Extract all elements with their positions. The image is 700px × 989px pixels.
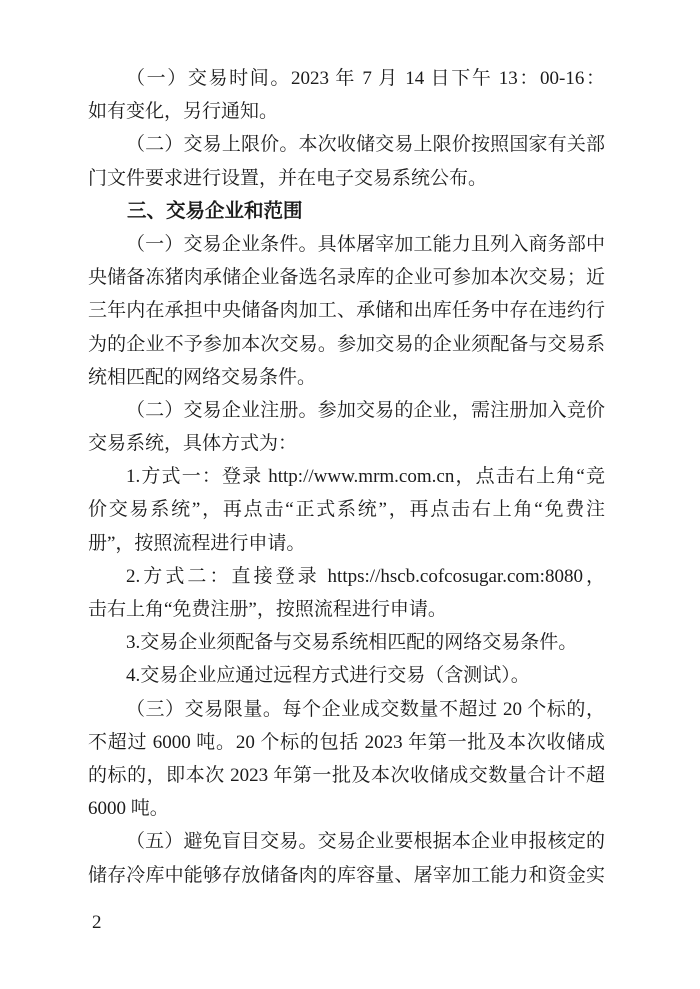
section-heading: 三、交易企业和范围: [88, 195, 605, 228]
paragraph-line: 统相匹配的网络交易条件。: [88, 361, 605, 394]
paragraph-line: （一）交易企业条件。具体屠宰加工能力且列入商务部中: [88, 228, 605, 261]
paragraph-line: （二）交易企业注册。参加交易的企业，需注册加入竞价: [88, 394, 605, 427]
paragraph-line: 击右上角“免费注册”，按照流程进行申请。: [88, 593, 605, 626]
paragraph-line: 门文件要求进行设置，并在电子交易系统公布。: [88, 162, 605, 195]
paragraph-line: 2.方式二：直接登录 https://hscb.cofcosugar.com:8…: [88, 560, 605, 593]
paragraph-line: （五）避免盲目交易。交易企业要根据本企业申报核定的: [88, 825, 605, 858]
paragraph-line: 3.交易企业须配备与交易系统相匹配的网络交易条件。: [88, 626, 605, 659]
document-text-block: （一）交易时间。2023 年 7 月 14 日下午 13：00-16：00。如有…: [88, 62, 605, 892]
paragraph-line: （一）交易时间。2023 年 7 月 14 日下午 13：00-16：00。: [88, 62, 605, 95]
paragraph-line: 如有变化，另行通知。: [88, 95, 605, 128]
paragraph-line: 储存冷库中能够存放储备肉的库容量、屠宰加工能力和资金实: [88, 859, 605, 892]
paragraph-line: 央储备冻猪肉承储企业备选名录库的企业可参加本次交易；近: [88, 261, 605, 294]
paragraph-line: 为的企业不予参加本次交易。参加交易的企业须配备与交易系: [88, 328, 605, 361]
paragraph-line: 册”，按照流程进行申请。: [88, 527, 605, 560]
paragraph-line: （三）交易限量。每个企业成交数量不超过 20 个标的，即: [88, 693, 605, 726]
paragraph-line: 的标的，即本次 2023 年第一批及本次收储成交数量合计不超过: [88, 759, 605, 792]
document-page: （一）交易时间。2023 年 7 月 14 日下午 13：00-16：00。如有…: [0, 0, 700, 989]
paragraph-line: 6000 吨。: [88, 792, 605, 825]
paragraph-line: 价交易系统”，再点击“正式系统”，再点击右上角“免费注: [88, 493, 605, 526]
paragraph-line: 不超过 6000 吨。20 个标的包括 2023 年第一批及本次收储成交: [88, 726, 605, 759]
paragraph-line: （二）交易上限价。本次收储交易上限价按照国家有关部: [88, 128, 605, 161]
paragraph-line: 交易系统，具体方式为：: [88, 427, 605, 460]
paragraph-line: 1.方式一：登录 http://www.mrm.com.cn，点击右上角“竞: [88, 460, 605, 493]
page-number: 2: [92, 906, 102, 939]
paragraph-line: 三年内在承担中央储备肉加工、承储和出库任务中存在违约行: [88, 294, 605, 327]
paragraph-line: 4.交易企业应通过远程方式进行交易（含测试）。: [88, 659, 605, 692]
